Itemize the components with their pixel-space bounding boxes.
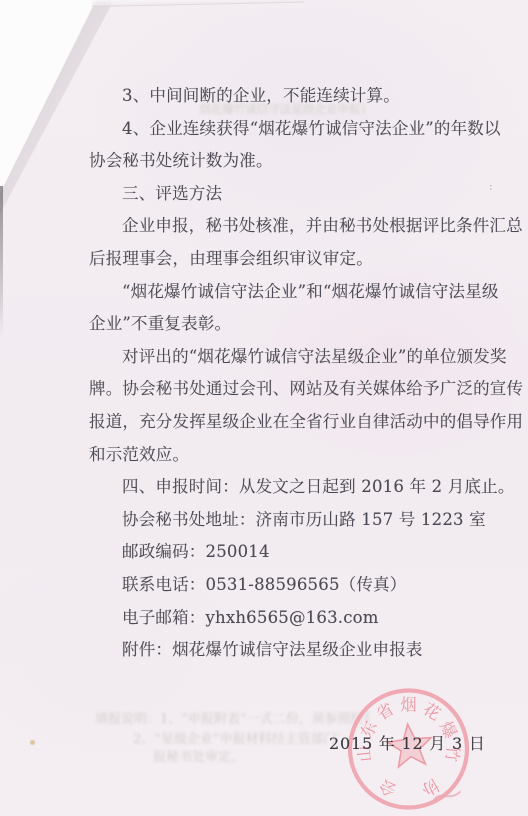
- document-date: 2015 年 12 月 3 日: [329, 731, 486, 754]
- document-body: 3、中间间断的企业，不能连续计算。 4、企业连续获得“烟花爆竹诚信守法企业”的年…: [89, 80, 525, 667]
- svg-text:烟: 烟: [400, 696, 417, 715]
- bleedthrough-line: 2、“星级企业”申报材料经主管部门审核后上报: [133, 728, 339, 747]
- scanned-document-page: 烟花爆竹诚信守法星级企业申报表 填报说明：1、“申报附表”一式二份，须参照经营许…: [0, 0, 528, 816]
- document-line: 3、中间间断的企业，不能连续计算。: [89, 80, 525, 113]
- bleedthrough-line: 报秘书处审定。: [153, 746, 245, 765]
- document-line: 4、企业连续获得“烟花爆竹诚信守法企业”的年数以: [89, 113, 525, 146]
- page-top-edge: [92, 0, 304, 7]
- svg-text:省: 省: [373, 699, 397, 724]
- document-line: 报道，充分发挥星级企业在全省行业自律活动中的倡导作用: [89, 406, 525, 439]
- phone-line: 联系电话：0531-88596565（传真）: [89, 569, 525, 602]
- document-line: “烟花爆竹诚信守法企业”和“烟花爆竹诚信守法星级: [89, 276, 525, 309]
- scan-artifact-mark: :: [489, 180, 493, 193]
- pen-squiggle-mark: [432, 788, 462, 804]
- document-line: 对评出的“烟花爆竹诚信守法星级企业”的单位颁发奖: [89, 341, 525, 374]
- document-line: 企业申报，秘书处核准，并由秘书处根据评比条件汇总: [89, 210, 525, 243]
- document-line: 牌。协会秘书处通过会刊、网站及有关媒体给予广泛的宣传: [89, 373, 525, 406]
- attachment-line: 附件：烟花爆竹诚信守法星级企业申报表: [89, 634, 525, 667]
- document-line: 和示范效应。: [89, 439, 525, 472]
- section-heading: 三、评选方法: [89, 178, 525, 211]
- section-heading: 四、申报时间：从发文之日起到 2016 年 2 月底止。: [89, 471, 525, 504]
- postcode-line: 邮政编码：250014: [89, 536, 525, 569]
- email-line: 电子邮箱：yhxh6565@163.com: [89, 602, 525, 635]
- paper-speck: [30, 740, 35, 745]
- svg-text:会: 会: [376, 776, 399, 801]
- scan-edge-shadow: [0, 186, 3, 338]
- address-line: 协会秘书处地址：济南市历山路 157 号 1223 室: [89, 504, 525, 537]
- document-line: 企业”不重复表彰。: [89, 308, 525, 341]
- svg-text:花: 花: [420, 699, 444, 724]
- bleedthrough-line: 填报说明：1、“申报附表”一式二份，须参照经营许可证填报: [95, 708, 369, 727]
- document-line: 后报理事会，由理事会组织审议审定。: [89, 243, 525, 276]
- document-line: 协会秘书处统计数为准。: [89, 145, 525, 178]
